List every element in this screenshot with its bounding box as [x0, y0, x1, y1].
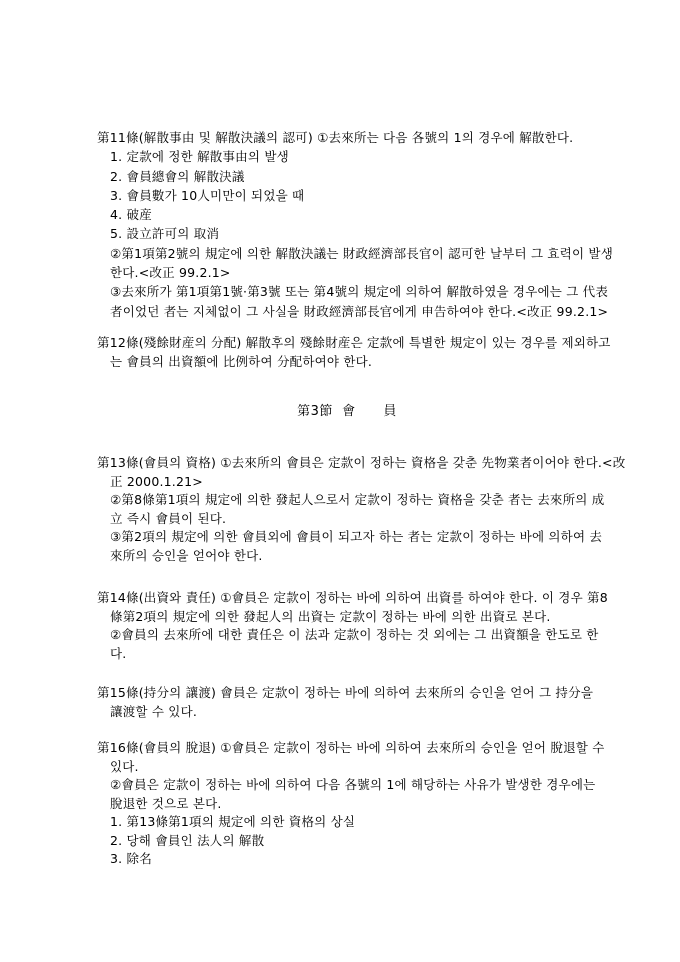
text-line: 1. 定款에 정한 解散事由의 발생: [97, 147, 602, 166]
text-line: 한다.<改正 99.2.1>: [97, 263, 602, 282]
text-line: 者이었던 者는 지체없이 그 사실을 財政經濟部長官에게 申告하여야 한다.<改…: [97, 302, 602, 321]
text-line: 3. 會員數가 10人미만이 되었을 때: [97, 186, 602, 205]
text-line: 第14條(出資와 責任) ①會員은 定款이 정하는 바에 의하여 出資를 하여야…: [97, 589, 602, 608]
text-line: 來所의 승인을 얻어야 한다.: [97, 547, 602, 566]
text-line: 있다.: [97, 758, 602, 777]
article-12-block: 第12條(殘餘財産의 分配) 解散후의 殘餘財産은 定款에 특별한 規定이 있는…: [97, 334, 602, 371]
text-line: ②第1項第2號의 規定에 의한 解散決議는 財政經濟部長官이 認可한 날부터 그…: [97, 244, 602, 263]
article-14-block: 第14條(出資와 責任) ①會員은 定款이 정하는 바에 의하여 出資를 하여야…: [97, 589, 602, 663]
text-line: 는 會員의 出資額에 比例하여 分配하여야 한다.: [97, 353, 602, 372]
text-line: 立 즉시 會員이 된다.: [97, 510, 602, 529]
text-line: 正 2000.1.21>: [97, 473, 602, 492]
text-line: 4. 破産: [97, 205, 602, 224]
text-line: 第13條(會員의 資格) ①去來所의 會員은 定款이 정하는 資格을 갖춘 先物…: [97, 454, 602, 473]
article-13-block: 第13條(會員의 資格) ①去來所의 會員은 定款이 정하는 資格을 갖춘 先物…: [97, 454, 602, 565]
document-page: 第11條(解散事由 및 解散決議의 認可) ①去來所는 다음 各號의 1의 경우…: [0, 0, 680, 962]
text-line: 3. 除名: [97, 850, 602, 869]
text-line: ③去來所가 第1項第1號·第3號 또는 第4號의 規定에 의하여 解散하였을 경…: [97, 282, 602, 301]
text-line: 2. 會員總會의 解散決議: [97, 167, 602, 186]
text-line: 第12條(殘餘財産의 分配) 解散후의 殘餘財産은 定款에 특별한 規定이 있는…: [97, 334, 602, 353]
text-line: 2. 당해 會員인 法人의 解散: [97, 832, 602, 851]
text-line: ③第2項의 規定에 의한 會員외에 會員이 되고자 하는 者는 定款이 정하는 …: [97, 528, 602, 547]
text-line: ②第8條第1項의 規定에 의한 發起人으로서 定款이 정하는 資格을 갖춘 者는…: [97, 491, 602, 510]
text-line: 脫退한 것으로 본다.: [97, 795, 602, 814]
text-line: ②會員의 去來所에 대한 責任은 이 法과 定款이 정하는 것 외에는 그 出資…: [97, 626, 602, 645]
article-11-block: 第11條(解散事由 및 解散決議의 認可) ①去來所는 다음 各號의 1의 경우…: [97, 128, 602, 321]
text-line: 1. 第13條第1項의 規定에 의한 資格의 상실: [97, 813, 602, 832]
text-line: 5. 設立許可의 取消: [97, 224, 602, 243]
section-heading: 第3節 會 員: [97, 402, 597, 421]
article-16-block: 第16條(會員의 脫退) ①會員은 定款이 정하는 바에 의하여 去來所의 승인…: [97, 739, 602, 869]
text-line: 讓渡할 수 있다.: [97, 703, 602, 722]
article-15-block: 第15條(持分의 讓渡) 會員은 定款이 정하는 바에 의하여 去來所의 승인을…: [97, 684, 602, 721]
text-line: 條第2項의 規定에 의한 發起人의 出資는 定款이 정하는 바에 의한 出資로 …: [97, 608, 602, 627]
text-line: 第15條(持分의 讓渡) 會員은 定款이 정하는 바에 의하여 去來所의 승인을…: [97, 684, 602, 703]
text-line: 第16條(會員의 脫退) ①會員은 定款이 정하는 바에 의하여 去來所의 승인…: [97, 739, 602, 758]
text-line: 다.: [97, 645, 602, 664]
text-line: ②會員은 定款이 정하는 바에 의하여 다음 各號의 1에 해당하는 사유가 발…: [97, 776, 602, 795]
text-line: 第11條(解散事由 및 解散決議의 認可) ①去來所는 다음 各號의 1의 경우…: [97, 128, 602, 147]
